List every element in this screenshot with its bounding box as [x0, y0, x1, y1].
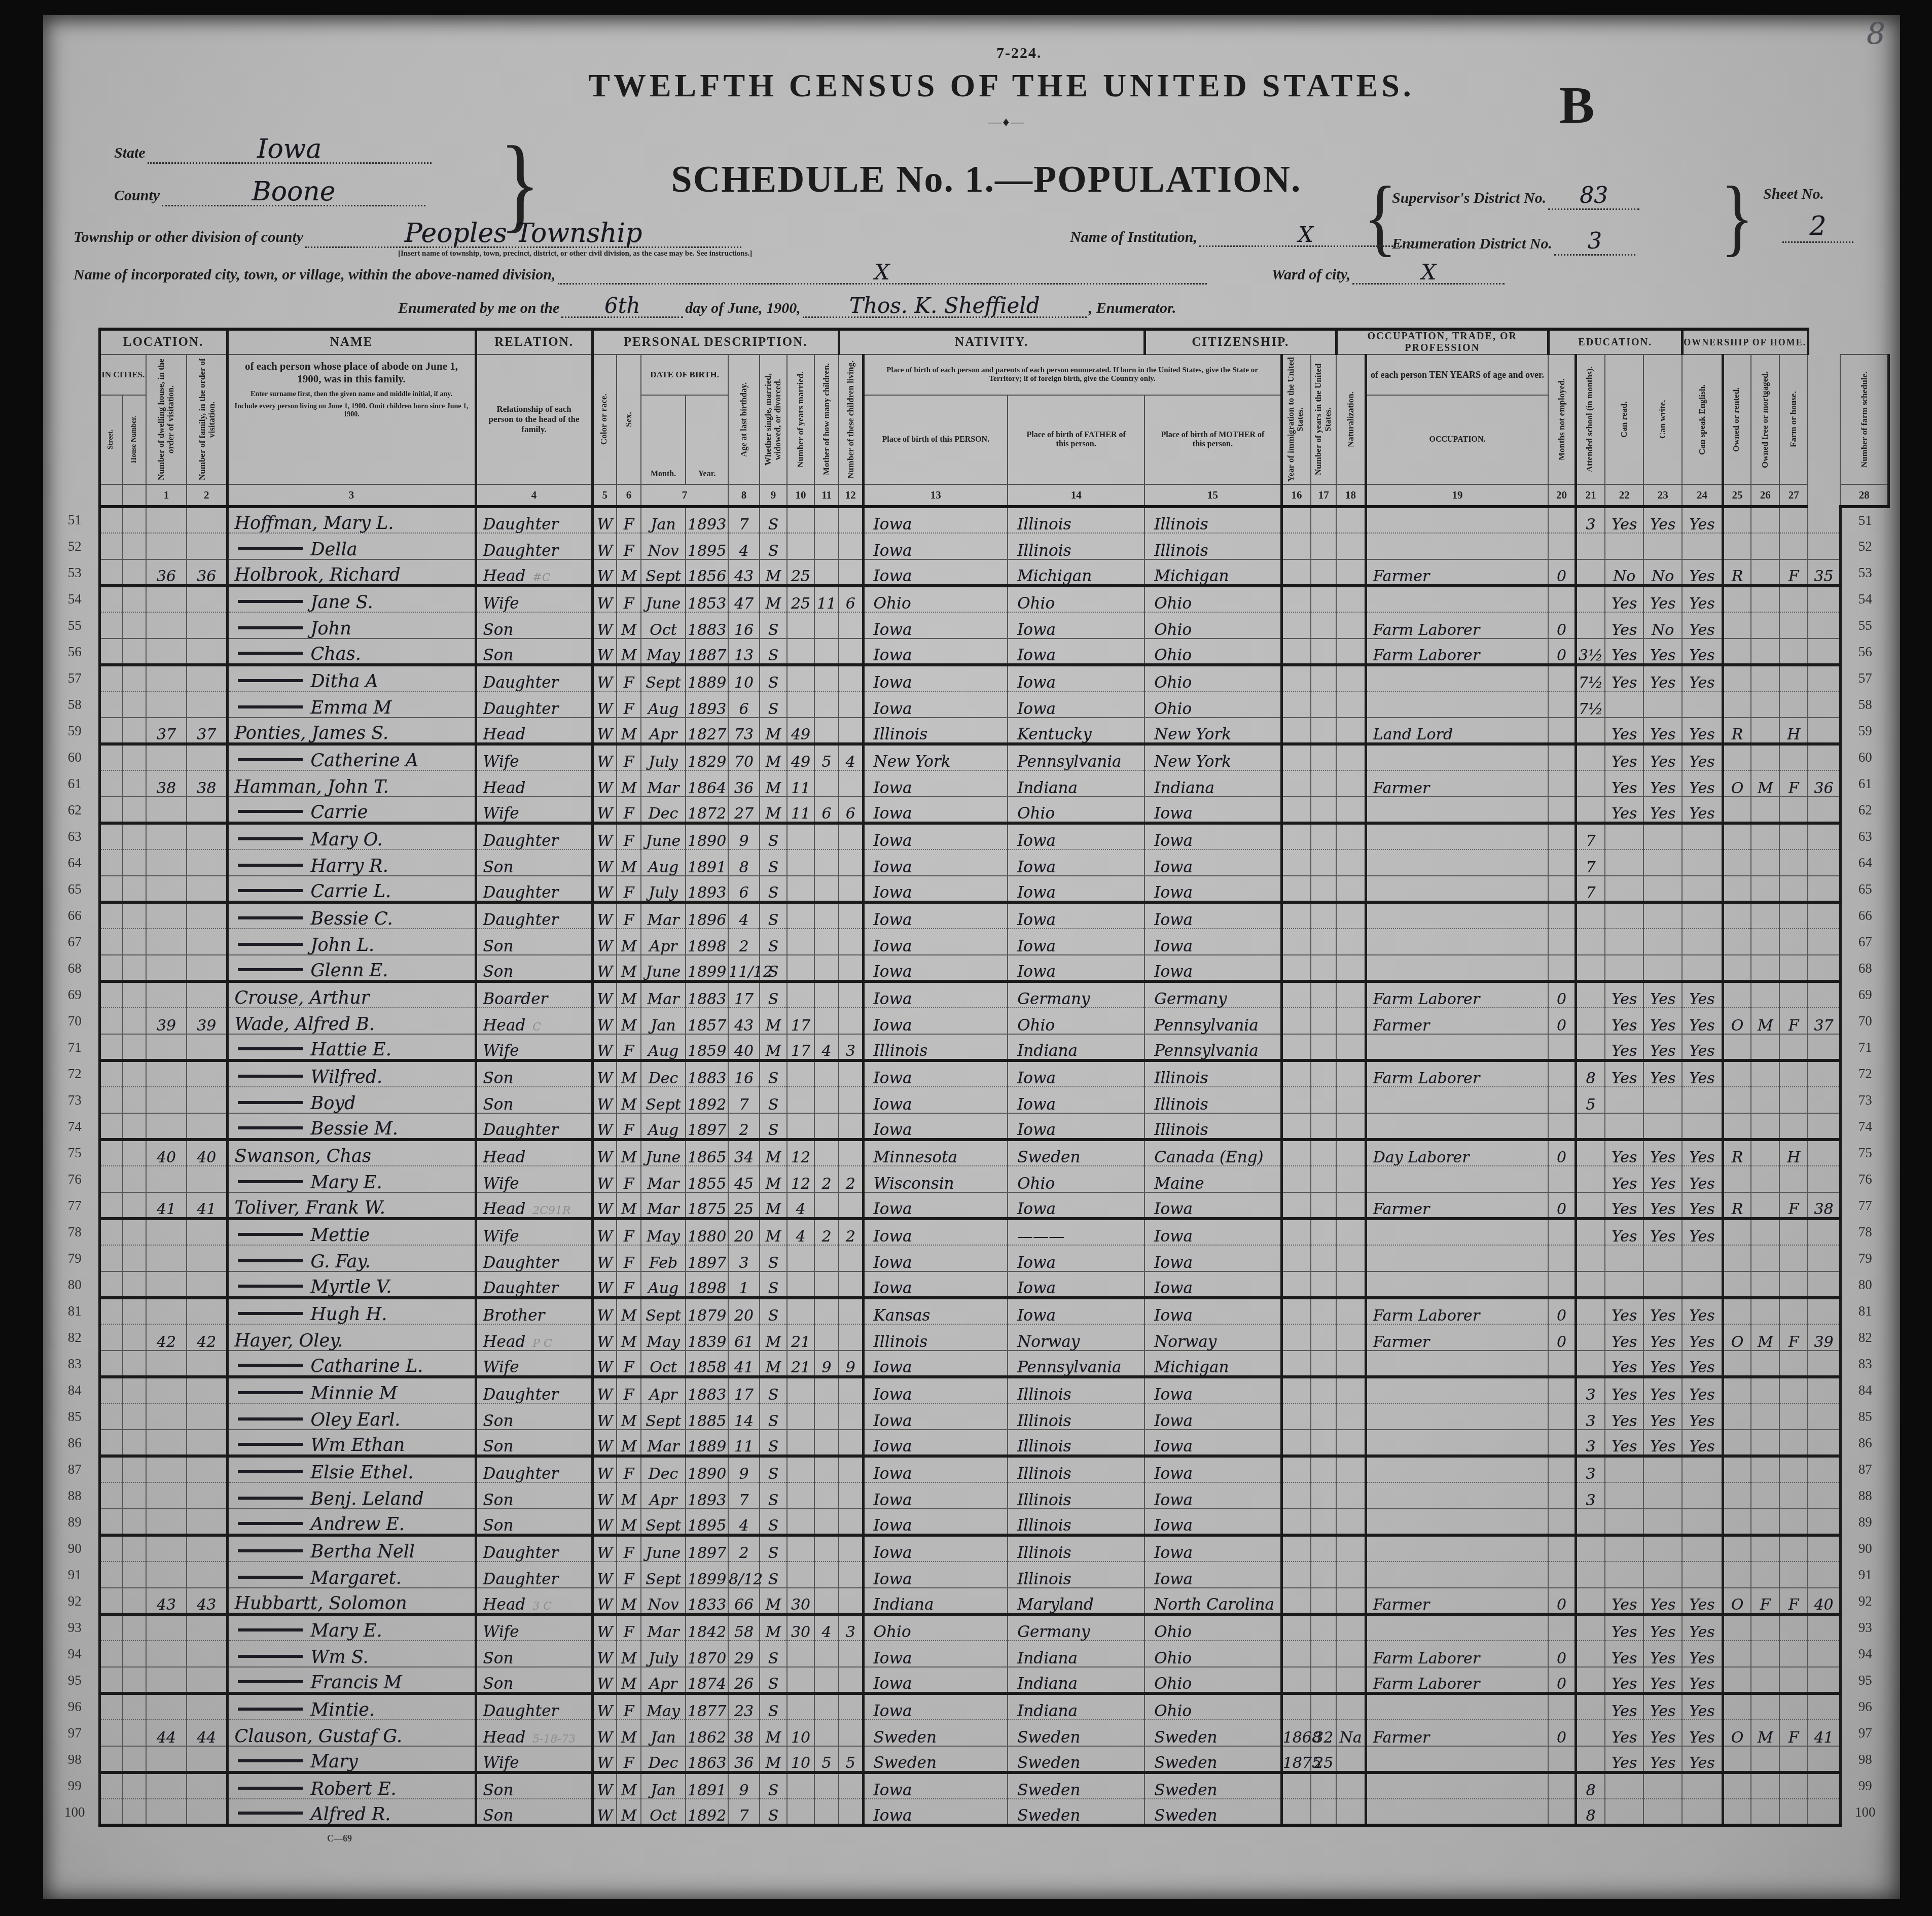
colnum-27: 27: [1779, 484, 1808, 507]
section-name: NAME: [227, 329, 476, 354]
census-row-51: 51Hoffman, Mary L.DaughterWFJan18937SIow…: [51, 507, 1889, 533]
col-header-can-speak-english: Can speak English.: [1682, 354, 1723, 484]
cell-month: Apr: [641, 1482, 686, 1509]
cell-month: Sept: [641, 1509, 686, 1535]
cell-birthplace: Iowa: [863, 849, 1008, 876]
census-row-89: 89Andrew E.SonWMSept18954SIowaIllinoisIo…: [51, 1509, 1889, 1535]
line-number-right: 67: [1840, 929, 1888, 955]
cell-can-write: Yes: [1643, 1298, 1682, 1324]
cell-birthplace: Iowa: [863, 1535, 1008, 1562]
person-name: Hugh H.: [311, 1304, 387, 1325]
cell-owned-rented: [1723, 744, 1751, 770]
cell-farm-house: [1779, 823, 1808, 849]
cell-age: 17: [728, 1377, 760, 1403]
cell-mother-of: [814, 1720, 839, 1746]
person-name: Mary: [311, 1752, 358, 1772]
cell-owned-rented: [1723, 823, 1751, 849]
cell-relation: Daughter: [476, 823, 592, 849]
cell-dwelling: 41: [146, 1192, 187, 1219]
cell-can-read: No: [1605, 559, 1643, 586]
cell-family: [187, 1509, 227, 1535]
cell-month: Dec: [641, 1060, 686, 1087]
relation-value: Daughter: [483, 883, 559, 902]
line-number-left: 95: [51, 1667, 99, 1693]
supervisor-district-underline: 83: [1548, 183, 1639, 210]
cell-year: 1862: [686, 1720, 728, 1746]
cell-sex: F: [617, 1166, 641, 1192]
cell-birthplace: Iowa: [863, 1641, 1008, 1667]
colnum-1: 1: [146, 484, 187, 507]
cell-birthplace: Iowa: [863, 1430, 1008, 1456]
cell-father-birthplace: Iowa: [1008, 612, 1144, 638]
cell-years-in-us: [1311, 1034, 1336, 1060]
cell-children-living: [839, 902, 863, 929]
cell-family: 42: [187, 1324, 227, 1351]
census-row-75: 754040Swanson, ChasHeadWMJune186534M12Mi…: [51, 1140, 1889, 1166]
cell-farm-house: [1779, 1693, 1808, 1720]
cell-street: [99, 744, 123, 770]
cell-years-married: [787, 1430, 814, 1456]
cell-years-in-us: [1311, 902, 1336, 929]
cell-house: [123, 1245, 146, 1271]
cell-immigration-year: [1281, 638, 1311, 665]
cell-birthplace: Iowa: [863, 1245, 1008, 1271]
cell-years-in-us: [1311, 1456, 1336, 1482]
cell-years-married: [787, 1377, 814, 1403]
cell-relation: Head#C: [476, 559, 592, 586]
cell-can-read: [1605, 1772, 1643, 1799]
cell-name: Della: [227, 533, 476, 559]
cell-family: [187, 1456, 227, 1482]
census-row-83: 83Catharine L.WifeWFOct185841M2199IowaPe…: [51, 1351, 1889, 1377]
cell-school-months: 8: [1576, 1772, 1605, 1799]
cell-color: W: [592, 1746, 617, 1772]
cell-mother-of: [814, 902, 839, 929]
cell-immigration-year: [1281, 612, 1311, 638]
cell-birthplace: Sweden: [863, 1746, 1008, 1772]
cell-naturalization: [1336, 1430, 1366, 1456]
cell-naturalization: [1336, 1140, 1366, 1166]
cell-marital: M: [760, 797, 787, 823]
cell-occupation: [1366, 1482, 1548, 1509]
cell-months-not-employed: 0: [1548, 1192, 1576, 1219]
cell-immigration-year: [1281, 1482, 1311, 1509]
cell-school-months: [1576, 1113, 1605, 1140]
cell-naturalization: [1336, 507, 1366, 533]
census-row-52: 52DellaDaughterWFNov18954SIowaIllinoisIl…: [51, 533, 1889, 559]
cell-occupation: [1366, 1087, 1548, 1113]
cell-house: [123, 1351, 146, 1377]
census-row-99: 99Robert E.SonWMJan18919SIowaSwedenSwede…: [51, 1772, 1889, 1799]
cell-years-in-us: [1311, 1192, 1336, 1219]
cell-relation: Head3 C: [476, 1588, 592, 1614]
cell-house: [123, 849, 146, 876]
cell-house: [123, 797, 146, 823]
cell-free-mortgaged: [1751, 718, 1779, 744]
cell-can-write: [1643, 849, 1682, 876]
cell-relation: Wife: [476, 1351, 592, 1377]
cell-mother-birthplace: Ohio: [1144, 1641, 1281, 1667]
cell-family: [187, 1482, 227, 1509]
cell-age: 3: [728, 1245, 760, 1271]
cell-naturalization: [1336, 1008, 1366, 1034]
cell-sex: F: [617, 823, 641, 849]
cell-father-birthplace: Iowa: [1008, 955, 1144, 981]
person-name: Margaret.: [311, 1568, 402, 1588]
cell-month: Dec: [641, 797, 686, 823]
cell-color: W: [592, 1693, 617, 1720]
cell-years-married: 4: [787, 1192, 814, 1219]
relation-value: Son: [483, 1806, 514, 1825]
cell-free-mortgaged: [1751, 955, 1779, 981]
cell-dwelling: [146, 1060, 187, 1087]
cell-year: 1895: [686, 533, 728, 559]
cell-marital: S: [760, 612, 787, 638]
cell-house: [123, 981, 146, 1008]
cell-age: 73: [728, 718, 760, 744]
cell-school-months: [1576, 1614, 1605, 1641]
census-row-91: 91Margaret.DaughterWFSept18998/12SIowaIl…: [51, 1562, 1889, 1588]
pencil-annotation: P C: [532, 1337, 552, 1350]
cell-dwelling: [146, 586, 187, 612]
cell-can-write: [1643, 955, 1682, 981]
relation-value: Son: [483, 937, 514, 955]
ditto-dash: [238, 1522, 303, 1525]
cell-months-not-employed: [1548, 1403, 1576, 1430]
census-row-86: 86Wm EthanSonWMMar188911SIowaIllinoisIow…: [51, 1430, 1889, 1456]
cell-birthplace: Iowa: [863, 665, 1008, 691]
cell-school-months: [1576, 1192, 1605, 1219]
cell-immigration-year: [1281, 1351, 1311, 1377]
cell-naturalization: Na: [1336, 1720, 1366, 1746]
census-row-74: 74Bessie M.DaughterWFAug18972SIowaIowaIl…: [51, 1113, 1889, 1140]
cell-naturalization: [1336, 691, 1366, 718]
cell-year: 1898: [686, 1271, 728, 1298]
cell-farm-schedule: [1808, 1772, 1840, 1799]
cell-immigration-year: [1281, 1008, 1311, 1034]
cell-farm-schedule: [1808, 876, 1840, 902]
cell-father-birthplace: Illinois: [1008, 1562, 1144, 1588]
cell-father-birthplace: Ohio: [1008, 797, 1144, 823]
enumeration-district-value: 3: [1588, 228, 1602, 254]
cell-mother-of: [814, 1298, 839, 1324]
cell-owned-rented: [1723, 849, 1751, 876]
cell-can-write: [1643, 1113, 1682, 1140]
cell-months-not-employed: [1548, 1562, 1576, 1588]
line-number-left: 86: [51, 1430, 99, 1456]
col-header-years-in-us: Number of years in the United States.: [1311, 354, 1336, 484]
city-underline: X: [558, 262, 1207, 285]
line-number-left: 100: [51, 1799, 99, 1825]
person-name: Bessie C.: [311, 909, 393, 929]
cell-months-not-employed: [1548, 1166, 1576, 1192]
cell-relation: Boarder: [476, 981, 592, 1008]
line-number-right: 55: [1840, 612, 1888, 638]
cell-immigration-year: [1281, 1219, 1311, 1245]
cell-free-mortgaged: [1751, 1113, 1779, 1140]
cell-relation: Brother: [476, 1298, 592, 1324]
ditto-dash: [238, 1576, 303, 1579]
cell-year: 1885: [686, 1403, 728, 1430]
cell-color: W: [592, 559, 617, 586]
cell-dwelling: [146, 1772, 187, 1799]
township-instruction-note: [Insert name of township, town, precinct…: [398, 250, 752, 258]
census-row-65: 65Carrie L.DaughterWFJuly18936SIowaIowaI…: [51, 876, 1889, 902]
cell-color: W: [592, 1799, 617, 1825]
cell-children-living: [839, 665, 863, 691]
line-number-right: 82: [1840, 1324, 1888, 1351]
cell-relation: Son: [476, 929, 592, 955]
cell-relation: Daughter: [476, 902, 592, 929]
cell-color: W: [592, 1298, 617, 1324]
cell-dwelling: [146, 1298, 187, 1324]
cell-immigration-year: [1281, 823, 1311, 849]
cell-month: Sept: [641, 1562, 686, 1588]
cell-birthplace: Iowa: [863, 770, 1008, 797]
census-row-66: 66Bessie C.DaughterWFMar18964SIowaIowaIo…: [51, 902, 1889, 929]
col-header-family-number: Number of family, in the order of visita…: [187, 354, 227, 484]
ditto-dash: [238, 1759, 303, 1762]
cell-free-mortgaged: [1751, 533, 1779, 559]
cell-farm-house: [1779, 1430, 1808, 1456]
cell-owned-rented: O: [1723, 1588, 1751, 1614]
ditto-dash: [238, 1549, 303, 1552]
line-number-left: 91: [51, 1562, 99, 1588]
cell-dwelling: [146, 1430, 187, 1456]
cell-marital: S: [760, 1430, 787, 1456]
cell-can-write: Yes: [1643, 1377, 1682, 1403]
cell-name: Hayer, Oley.: [227, 1324, 476, 1351]
cell-farm-schedule: [1808, 1403, 1840, 1430]
person-name: Glenn E.: [311, 961, 388, 981]
line-number-right: 98: [1840, 1746, 1888, 1772]
cell-color: W: [592, 1562, 617, 1588]
cell-family: [187, 1060, 227, 1087]
cell-can-read: [1605, 1482, 1643, 1509]
cell-months-not-employed: [1548, 1245, 1576, 1271]
relation-value: Son: [483, 858, 514, 876]
line-number-left: 56: [51, 638, 99, 665]
cell-father-birthplace: Germany: [1008, 981, 1144, 1008]
cell-relation: Wife: [476, 1614, 592, 1641]
cell-month: Sept: [641, 1087, 686, 1113]
cell-farm-house: [1779, 1060, 1808, 1087]
cell-house: [123, 1060, 146, 1087]
cell-color: W: [592, 586, 617, 612]
cell-can-read: Yes: [1605, 1008, 1643, 1034]
cell-can-read: Yes: [1605, 744, 1643, 770]
cell-birthplace: Iowa: [863, 902, 1008, 929]
enumeration-district-label: Enumeration District No.: [1392, 235, 1552, 252]
cell-street: [99, 876, 123, 902]
cell-free-mortgaged: [1751, 1087, 1779, 1113]
cell-birthplace: Iowa: [863, 1456, 1008, 1482]
cell-school-months: 3½: [1576, 638, 1605, 665]
cell-can-speak-english: [1682, 823, 1723, 849]
cell-school-months: 8: [1576, 1060, 1605, 1087]
cell-children-living: 2: [839, 1219, 863, 1245]
line-number-right: 70: [1840, 1008, 1888, 1034]
cell-school-months: 7½: [1576, 665, 1605, 691]
line-number-left: 57: [51, 665, 99, 691]
cell-school-months: [1576, 1034, 1605, 1060]
cell-can-write: Yes: [1643, 1034, 1682, 1060]
state-value: Iowa: [257, 134, 321, 164]
cell-name: Glenn E.: [227, 955, 476, 981]
cell-owned-rented: [1723, 1271, 1751, 1298]
cell-birthplace: Wisconsin: [863, 1166, 1008, 1192]
cell-naturalization: [1336, 770, 1366, 797]
line-number-left: 90: [51, 1535, 99, 1562]
relation-value: Daughter: [483, 1702, 559, 1720]
cell-name: Hoffman, Mary L.: [227, 507, 476, 533]
cell-school-months: [1576, 1245, 1605, 1271]
cell-owned-rented: [1723, 1351, 1751, 1377]
cell-years-married: [787, 955, 814, 981]
cell-age: 8/12: [728, 1562, 760, 1588]
cell-age: 47: [728, 586, 760, 612]
person-name: Minnie M: [311, 1383, 398, 1404]
cell-years-in-us: [1311, 1403, 1336, 1430]
cell-street: [99, 1377, 123, 1403]
cell-years-in-us: [1311, 1351, 1336, 1377]
county-underline: Boone: [162, 179, 425, 206]
cell-month: Mar: [641, 1614, 686, 1641]
cell-street: [99, 1772, 123, 1799]
cell-mother-birthplace: Indiana: [1144, 770, 1281, 797]
cell-owned-rented: [1723, 586, 1751, 612]
line-number-left: 81: [51, 1298, 99, 1324]
cell-color: W: [592, 1430, 617, 1456]
cell-marital: S: [760, 849, 787, 876]
cell-birthplace: Illinois: [863, 1034, 1008, 1060]
cell-immigration-year: [1281, 665, 1311, 691]
cell-can-read: Yes: [1605, 1614, 1643, 1641]
cell-can-read: Yes: [1605, 1667, 1643, 1693]
cell-school-months: [1576, 797, 1605, 823]
cell-house: [123, 559, 146, 586]
cell-street: [99, 1403, 123, 1430]
person-name: Elsie Ethel.: [311, 1463, 414, 1483]
cell-family: [187, 1245, 227, 1271]
cell-can-write: [1643, 823, 1682, 849]
cell-months-not-employed: [1548, 1509, 1576, 1535]
cell-years-married: 21: [787, 1351, 814, 1377]
cell-years-in-us: [1311, 691, 1336, 718]
cell-year: 1864: [686, 770, 728, 797]
col-header-immigration-year: Year of immigration to the United States…: [1281, 354, 1311, 484]
cell-owned-rented: [1723, 1456, 1751, 1482]
cell-can-write: No: [1643, 559, 1682, 586]
cell-can-write: Yes: [1643, 638, 1682, 665]
cell-naturalization: [1336, 797, 1366, 823]
cell-immigration-year: [1281, 1113, 1311, 1140]
cell-age: 2: [728, 1535, 760, 1562]
cell-family: [187, 744, 227, 770]
cell-house: [123, 1034, 146, 1060]
cell-name: Oley Earl.: [227, 1403, 476, 1430]
cell-farm-house: F: [1779, 1588, 1808, 1614]
cell-occupation: [1366, 665, 1548, 691]
person-name: Jane S.: [311, 592, 373, 613]
cell-farm-house: [1779, 691, 1808, 718]
cell-immigration-year: [1281, 1271, 1311, 1298]
cell-can-speak-english: [1682, 876, 1723, 902]
cell-children-living: [839, 718, 863, 744]
census-row-57: 57Ditha ADaughterWFSept188910SIowaIowaOh…: [51, 665, 1889, 691]
cell-years-in-us: 25: [1311, 1746, 1336, 1772]
cell-school-months: 3: [1576, 1456, 1605, 1482]
line-number-left: 76: [51, 1166, 99, 1192]
cell-street: [99, 1271, 123, 1298]
cell-name: John L.: [227, 929, 476, 955]
colnum-6: 6: [617, 484, 641, 507]
colnum-21: 21: [1576, 484, 1605, 507]
cell-farm-house: [1779, 1245, 1808, 1271]
cell-immigration-year: [1281, 1509, 1311, 1535]
cell-birthplace: Iowa: [863, 1509, 1008, 1535]
cell-can-read: [1605, 849, 1643, 876]
cell-occupation: Farmer: [1366, 559, 1548, 586]
sheet-number-underline: 2: [1782, 211, 1853, 243]
cell-mother-of: [814, 612, 839, 638]
cell-dwelling: [146, 1403, 187, 1430]
cell-naturalization: [1336, 1772, 1366, 1799]
line-number-left: 64: [51, 849, 99, 876]
cell-street: [99, 1614, 123, 1641]
cell-can-write: [1643, 929, 1682, 955]
cell-birthplace: Iowa: [863, 955, 1008, 981]
cell-school-months: [1576, 559, 1605, 586]
cell-farm-schedule: [1808, 797, 1840, 823]
cell-mother-of: 4: [814, 1034, 839, 1060]
census-row-81: 81Hugh H.BrotherWMSept187920SKansasIowaI…: [51, 1298, 1889, 1324]
cell-can-speak-english: [1682, 1535, 1723, 1562]
cell-owned-rented: [1723, 981, 1751, 1008]
cell-house: [123, 1377, 146, 1403]
cell-color: W: [592, 929, 617, 955]
cell-relation: Daughter: [476, 507, 592, 533]
cell-years-married: [787, 1535, 814, 1562]
cell-year: 1897: [686, 1113, 728, 1140]
section-nativity: NATIVITY.: [839, 329, 1144, 354]
cell-occupation: [1366, 823, 1548, 849]
cell-family: 37: [187, 718, 227, 744]
cell-months-not-employed: 0: [1548, 1667, 1576, 1693]
cell-birthplace: Iowa: [863, 1060, 1008, 1087]
cell-dwelling: [146, 1509, 187, 1535]
cell-years-in-us: [1311, 665, 1336, 691]
cell-children-living: [839, 770, 863, 797]
cell-children-living: [839, 1641, 863, 1667]
cell-owned-rented: [1723, 1377, 1751, 1403]
person-name: Myrtle V.: [311, 1277, 392, 1297]
line-number-right: 52: [1840, 533, 1888, 559]
cell-free-mortgaged: [1751, 1166, 1779, 1192]
census-row-84: 84Minnie MDaughterWFApr188317SIowaIllino…: [51, 1377, 1889, 1403]
cell-mother-birthplace: Ohio: [1144, 691, 1281, 718]
pencil-annotation: 5-18-73: [532, 1733, 576, 1746]
cell-can-speak-english: Yes: [1682, 1693, 1723, 1720]
cell-family: [187, 612, 227, 638]
cell-color: W: [592, 1245, 617, 1271]
cell-street: [99, 586, 123, 612]
cell-years-married: 49: [787, 718, 814, 744]
cell-naturalization: [1336, 586, 1366, 612]
cell-naturalization: [1336, 981, 1366, 1008]
cell-can-read: Yes: [1605, 1351, 1643, 1377]
cell-school-months: 3: [1576, 1430, 1605, 1456]
